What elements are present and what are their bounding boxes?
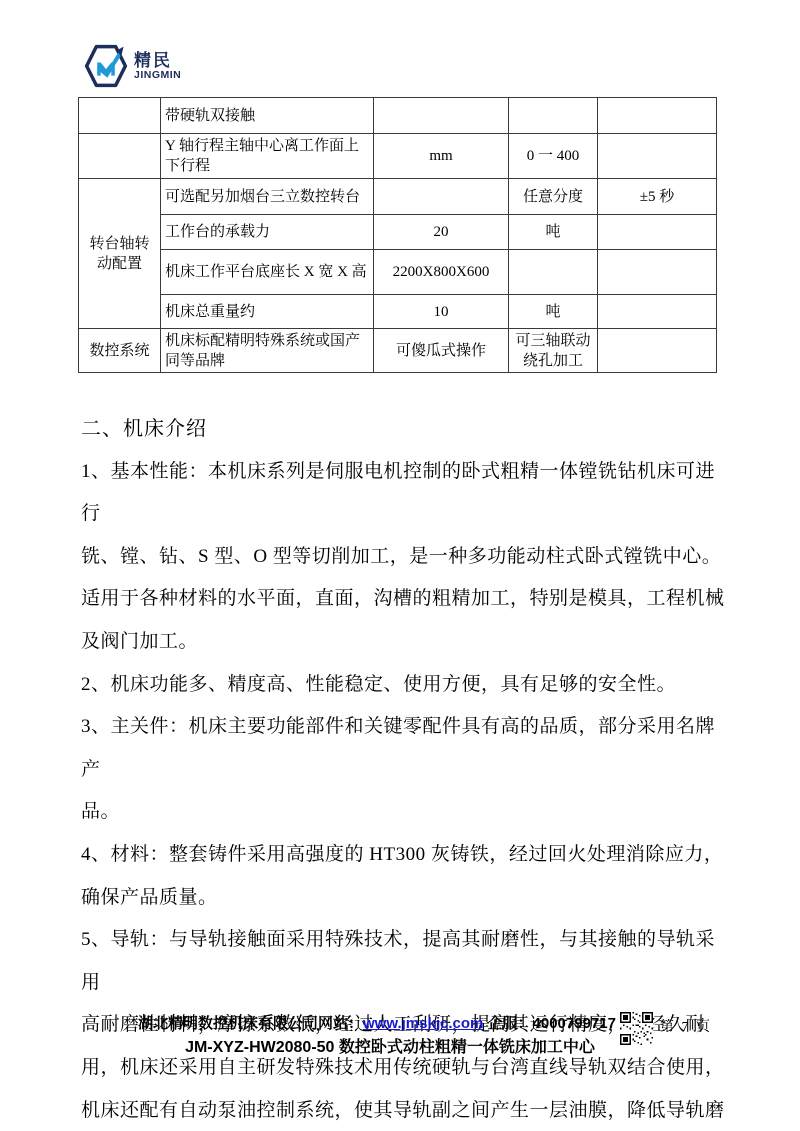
table-cell: 带硬轨双接触	[161, 98, 374, 134]
footer-contact-line: 湖北精明数控机床有限公司网站：www.jmskjc.com 企服：4000799…	[138, 1012, 616, 1033]
footer-product-line: JM-XYZ-HW2080-50 数控卧式动柱粗精一体铣床加工中心	[0, 1034, 780, 1057]
table-cell	[79, 98, 161, 134]
logo-zh-text: 精民	[134, 52, 181, 69]
table-cell: 0 一 400	[509, 134, 598, 179]
table-cell: 可选配另加烟台三立数控转台	[161, 179, 374, 215]
table-row: 工作台的承载力 20 吨	[79, 215, 717, 250]
table-row: 机床总重量约 10 吨	[79, 295, 717, 329]
table-cell	[598, 134, 717, 179]
page-number: 第 7 页	[660, 1016, 712, 1036]
logo-hexagon-m-icon	[84, 44, 128, 88]
company-logo: 精民 JINGMIN	[84, 44, 181, 88]
paragraph-basic-performance: 1、基本性能：本机床系列是伺服电机控制的卧式粗精一体镗铣钻机床可进行 铣、镗、钻…	[81, 451, 731, 664]
table-cell	[598, 250, 717, 295]
table-cell: 可三轴联动绕孔加工	[509, 329, 598, 373]
table-cell: 任意分度	[509, 179, 598, 215]
table-cell	[509, 98, 598, 134]
spec-table: 带硬轨双接触 Y 轴行程主轴中心离工作面上下行程 mm 0 一 400 转台轴转…	[78, 97, 717, 373]
table-cell: ±5 秒	[598, 179, 717, 215]
table-cell: 吨	[509, 215, 598, 250]
table-cell: 机床工作平台底座长 X 宽 X 高	[161, 250, 374, 295]
table-cell: 可傻瓜式操作	[374, 329, 509, 373]
table-cell	[374, 98, 509, 134]
table-cell	[598, 215, 717, 250]
table-cell: 机床总重量约	[161, 295, 374, 329]
paragraph-material: 4、材料：整套铸件采用高强度的 HT300 灰铸铁，经过回火处理消除应力， 确保…	[81, 834, 731, 919]
table-row: Y 轴行程主轴中心离工作面上下行程 mm 0 一 400	[79, 134, 717, 179]
table-row: 数控系统 机床标配精明特殊系统或国产同等品牌 可傻瓜式操作 可三轴联动绕孔加工	[79, 329, 717, 373]
table-cell	[79, 134, 161, 179]
table-cell: 2200X800X600	[374, 250, 509, 295]
table-row: 机床工作平台底座长 X 宽 X 高 2200X800X600	[79, 250, 717, 295]
footer-company-label: 湖北精明数控机床有限公司网站：	[138, 1015, 363, 1032]
table-row: 带硬轨双接触	[79, 98, 717, 134]
table-cell	[598, 329, 717, 373]
table-cell: 20	[374, 215, 509, 250]
section-heading: 二、机床介绍	[81, 408, 731, 451]
table-cell: Y 轴行程主轴中心离工作面上下行程	[161, 134, 374, 179]
table-cell: 工作台的承载力	[161, 215, 374, 250]
footer-service-phone: 4000799717	[533, 1015, 616, 1032]
table-cell	[509, 250, 598, 295]
table-cell: 吨	[509, 295, 598, 329]
table-cell-rowspan: 转台轴转动配置	[79, 179, 161, 329]
footer-service-label: 企服：	[483, 1015, 532, 1032]
website-link[interactable]: www.jmskjc.com	[363, 1015, 483, 1032]
table-cell: 10	[374, 295, 509, 329]
table-cell	[374, 179, 509, 215]
paragraph-key-parts: 3、主关件：机床主要功能部件和关键零配件具有高的品质，部分采用名牌产 品。	[81, 706, 731, 834]
table-cell: mm	[374, 134, 509, 179]
table-cell	[598, 98, 717, 134]
table-cell: 机床标配精明特殊系统或国产同等品牌	[161, 329, 374, 373]
logo-en-text: JINGMIN	[134, 70, 181, 81]
table-row: 转台轴转动配置 可选配另加烟台三立数控转台 任意分度 ±5 秒	[79, 179, 717, 215]
table-cell: 数控系统	[79, 329, 161, 373]
table-cell	[598, 295, 717, 329]
paragraph-functions: 2、机床功能多、精度高、性能稳定、使用方便，具有足够的安全性。	[81, 664, 731, 707]
